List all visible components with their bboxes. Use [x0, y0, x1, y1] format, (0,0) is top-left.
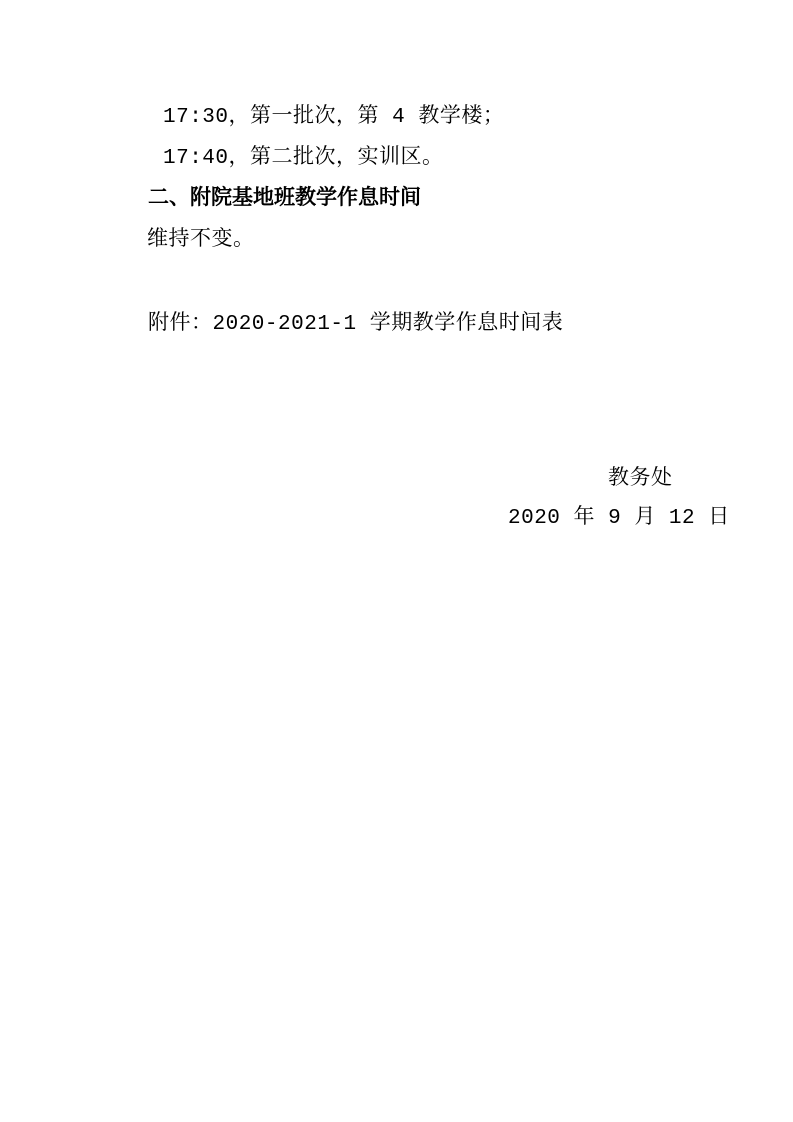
schedule-line-first-batch: 17:30，第一批次，第 4 教学楼；	[163, 106, 504, 129]
schedule-line-second-batch: 17:40，第二批次，实训区。	[163, 147, 444, 170]
body-line-unchanged: 维持不变。	[147, 229, 255, 252]
signature-date: 2020 年 9 月 12 日	[508, 507, 730, 530]
section-heading: 二、附院基地班教学作息时间	[148, 188, 421, 211]
document-page: 17:30，第一批次，第 4 教学楼； 17:40，第二批次，实训区。 二、附院…	[0, 0, 793, 1122]
signature-department: 教务处	[608, 468, 673, 491]
attachment-line: 附件：2020-2021-1 学期教学作息时间表	[148, 313, 563, 336]
